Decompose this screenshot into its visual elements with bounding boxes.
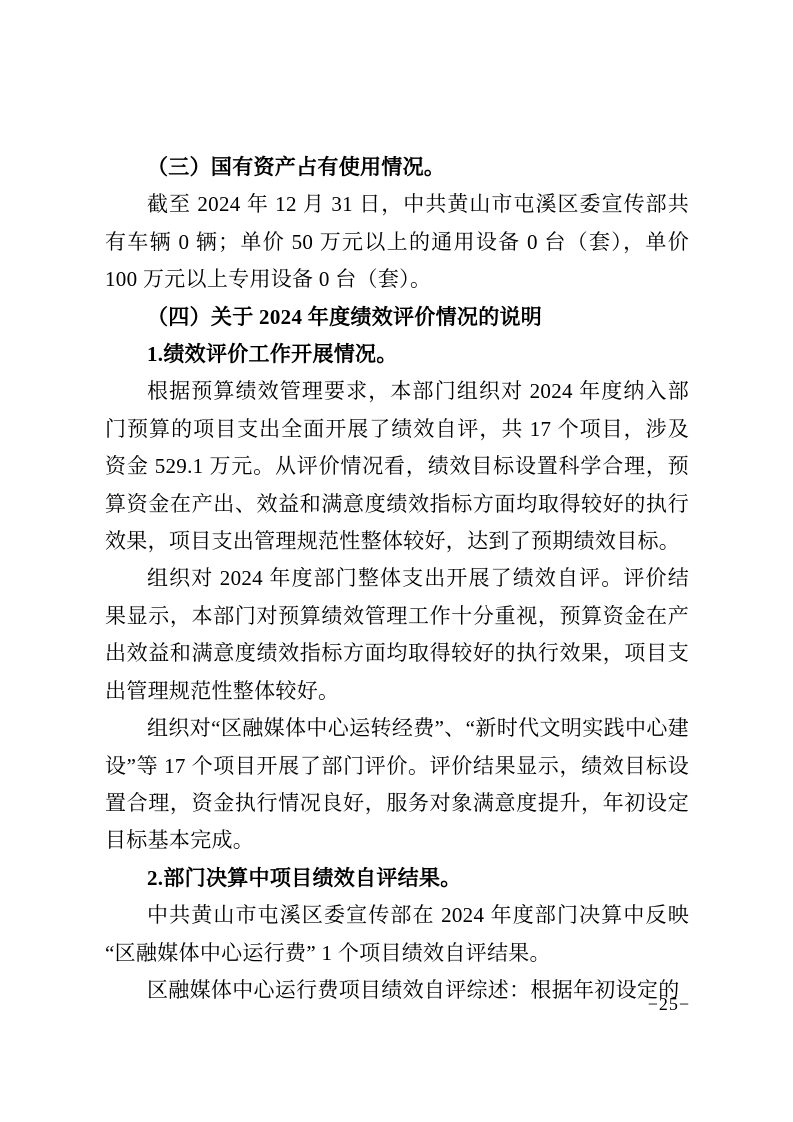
subheading-final-accounts-results: 2.部门决算中项目绩效自评结果。 [105,860,689,897]
paragraph-project-self-evaluation: 根据预算绩效管理要求，本部门组织对 2024 年度纳入部门预算的项目支出全面开展… [105,373,689,560]
paragraph-media-center-summary: 区融媒体中心运行费项目绩效自评综述：根据年初设定的 [105,972,689,1009]
paragraph-state-assets: 截至 2024 年 12 月 31 日，中共黄山市屯溪区委宣传部共有车辆 0 辆… [105,186,689,298]
section-heading-performance-evaluation: （四）关于 2024 年度绩效评价情况的说明 [105,299,689,336]
section-heading-state-assets: （三）国有资产占有使用情况。 [105,149,689,186]
paragraph-department-overall-evaluation: 组织对 2024 年度部门整体支出开展了绩效自评。评价结果显示，本部门对预算绩效… [105,560,689,710]
page-number: −25− [648,994,690,1015]
document-page: （三）国有资产占有使用情况。 截至 2024 年 12 月 31 日，中共黄山市… [0,0,793,1122]
paragraph-final-accounts-reflection: 中共黄山市屯溪区委宣传部在 2024 年度部门决算中反映“区融媒体中心运行费” … [105,897,689,972]
document-content: （三）国有资产占有使用情况。 截至 2024 年 12 月 31 日，中共黄山市… [105,149,689,1009]
subheading-evaluation-work: 1.绩效评价工作开展情况。 [105,336,689,373]
paragraph-department-project-evaluation: 组织对“区融媒体中心运转经费”、“新时代文明实践中心建设”等 17 个项目开展了… [105,710,689,860]
